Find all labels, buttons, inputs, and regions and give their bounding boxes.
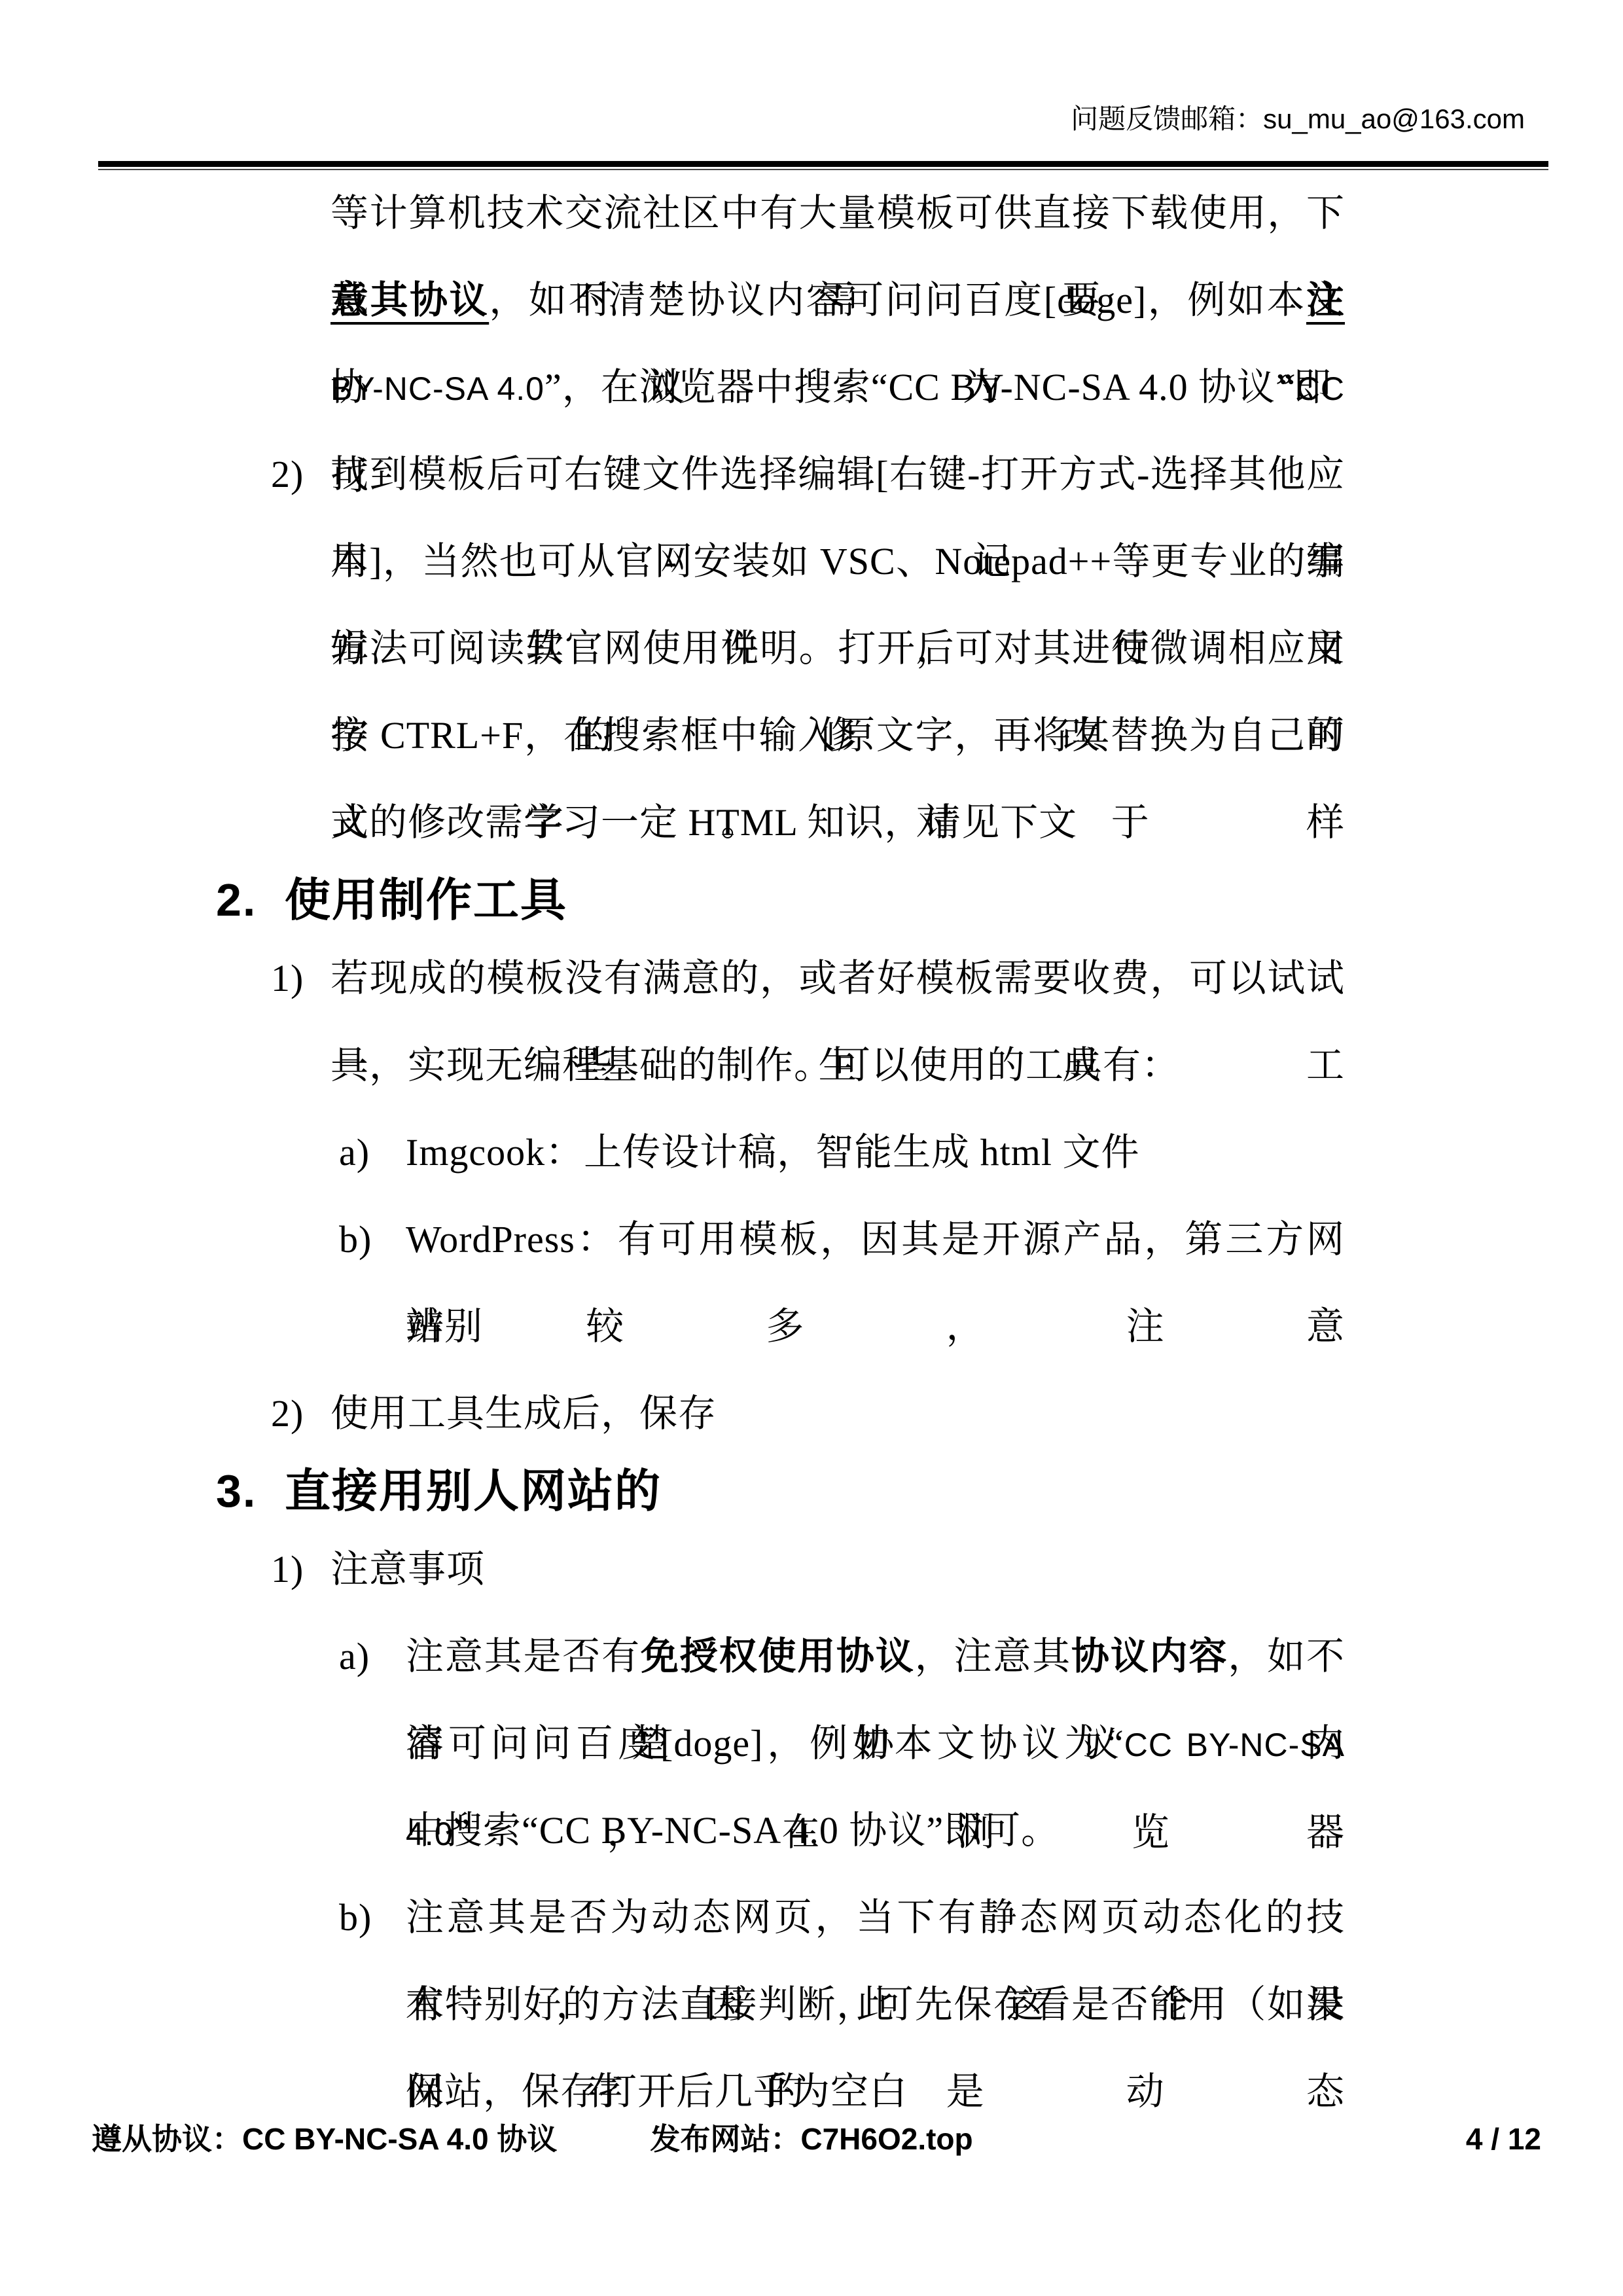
text-segment: 意其协议 — [330, 279, 489, 321]
text-segment: 辨别 — [406, 1305, 483, 1348]
list-marker: a) — [339, 1109, 370, 1196]
text-segment: 使用制作工具 — [285, 874, 567, 925]
footer-site: 发布网站：C7H6O2.top — [650, 2119, 972, 2159]
text-segment: 式的修改需学习一定 HTML 知识，请见下文 — [330, 801, 1077, 844]
list-marker: b) — [339, 1874, 372, 1961]
list-marker: 1) — [271, 1526, 304, 1613]
text-segment: 直接用别人网站的 — [285, 1465, 662, 1516]
text-segment: 使用工具生成后，保存 — [330, 1392, 717, 1435]
list-marker: 1) — [271, 935, 304, 1022]
text-segment: 协议内容 — [1071, 1635, 1228, 1677]
list-marker: b) — [339, 1196, 372, 1283]
section-heading: 3.直接用别人网站的 — [285, 1457, 1332, 1526]
text-segment: 注意事项 — [330, 1548, 485, 1590]
text-segment: BY-NC-SA 4.0 — [330, 370, 544, 407]
text-line: 式的修改需学习一定 HTML 知识，请见下文 — [330, 779, 1345, 866]
heading-number: 2. — [216, 866, 257, 935]
text-segment: 具，实现无编程基础的制作。可以使用的工具有： — [330, 1044, 1180, 1086]
section-heading: 2.使用制作工具 — [285, 866, 1332, 935]
heading-number: 3. — [216, 1457, 257, 1526]
text-segment: 免授权使用协议 — [641, 1635, 915, 1677]
list-marker: 2) — [271, 1370, 304, 1457]
list-item-line: 2)使用工具生成后，保存 — [330, 1370, 1345, 1457]
list-marker: a) — [339, 1613, 370, 1700]
list-item-line: 1)注意事项 — [330, 1526, 1345, 1613]
list-item-line: a)Imgcook：上传设计稿，智能生成 html 文件 — [406, 1109, 1345, 1196]
text-line: 中搜索“CC BY-NC-SA 4.0 协议”即可。 — [406, 1787, 1345, 1874]
text-line: 具，实现无编程基础的制作。可以使用的工具有： — [330, 1022, 1345, 1109]
list-marker: 2) — [271, 431, 304, 518]
footer-page-number: 4 / 12 — [1466, 2119, 1541, 2159]
document-page: 问题反馈邮箱：su_mu_ao@163.com 等计算机技术交流社区中有大量模板… — [0, 0, 1623, 2296]
text-segment: Imgcook：上传设计稿，智能生成 html 文件 — [406, 1131, 1140, 1174]
text-segment: 注意其是否有 — [406, 1635, 641, 1677]
footer-license: 遵从协议：CC BY-NC-SA 4.0 协议 — [92, 2119, 557, 2159]
header-feedback-email: 问题反馈邮箱：su_mu_ao@163.com — [1071, 102, 1525, 136]
page-footer: 遵从协议：CC BY-NC-SA 4.0 协议 发布网站：C7H6O2.top … — [0, 2119, 1623, 2165]
text-segment: 中搜索“CC BY-NC-SA 4.0 协议”即可。 — [406, 1809, 1060, 1852]
header-rule-thick — [98, 161, 1548, 167]
text-line: 辨别 — [406, 1283, 1345, 1370]
text-segment: 网站，保存打开后几乎为空白 — [406, 2070, 908, 2113]
text-segment: ，注意其 — [915, 1635, 1071, 1677]
text-segment: 容可问问百度[doge]，例如本文协议为“ — [406, 1722, 1124, 1765]
